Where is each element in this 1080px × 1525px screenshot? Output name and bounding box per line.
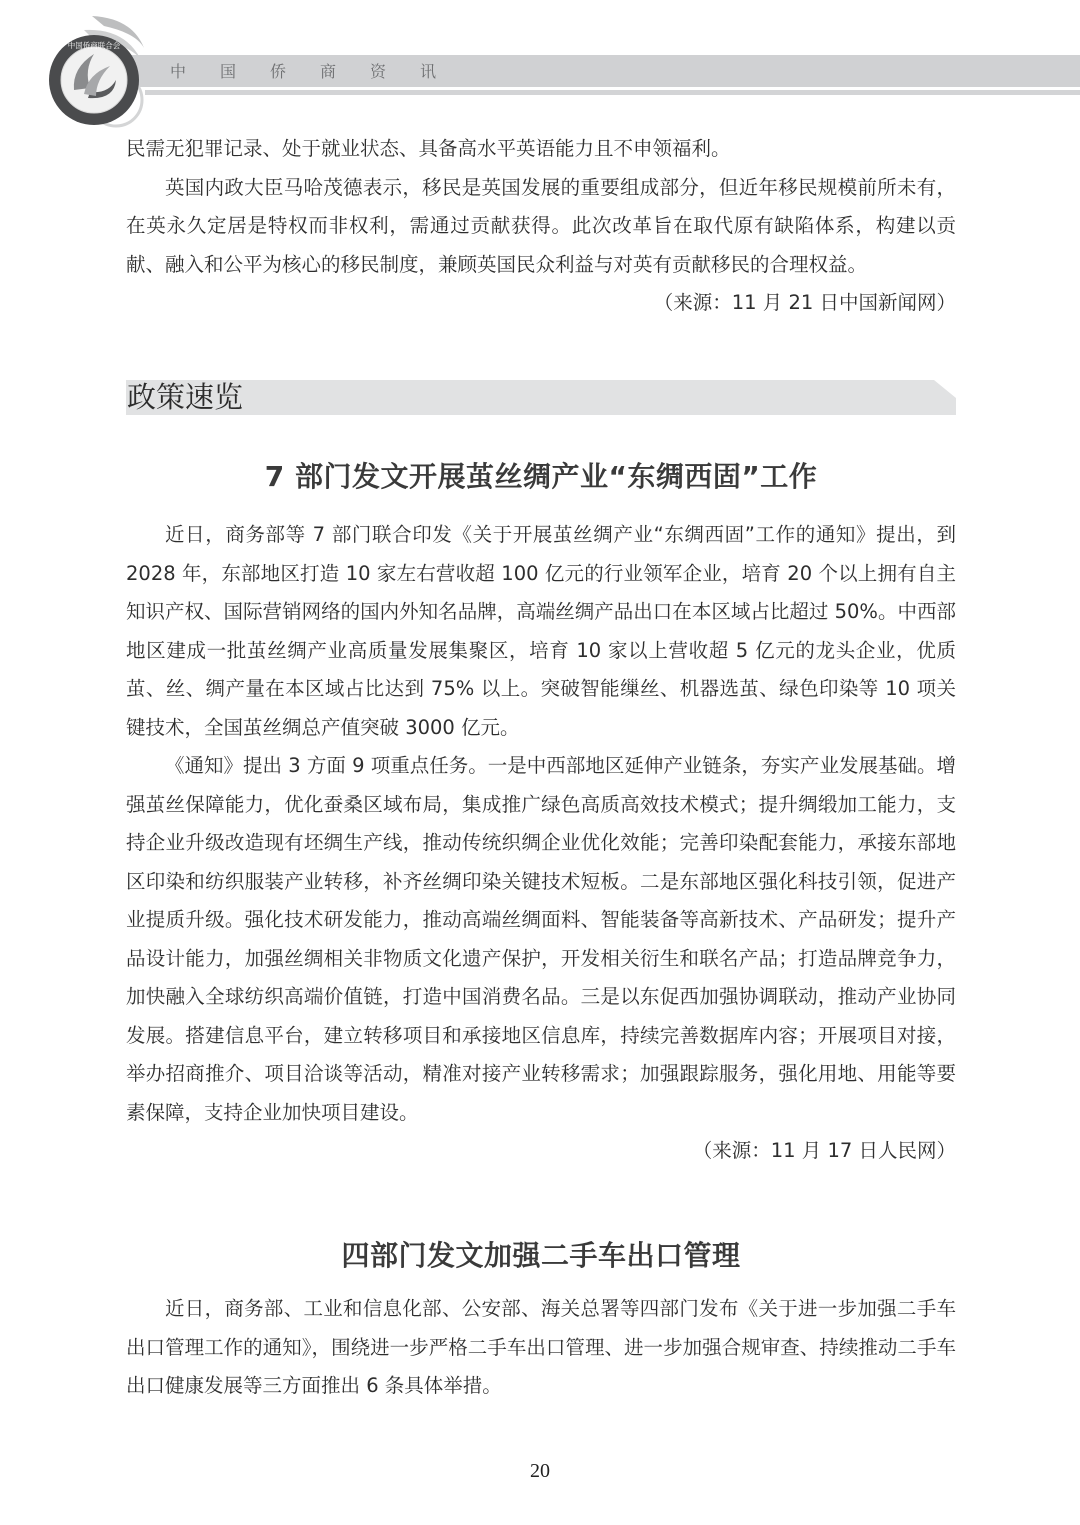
- publication-char: 国: [220, 58, 270, 86]
- paragraph: 《通知》提出 3 方面 9 项重点任务。一是中西部地区延伸产业链条，夯实产业发展…: [126, 747, 956, 1132]
- publication-char: 商: [320, 58, 370, 86]
- article-body: 近日，商务部、工业和信息化部、公安部、海关总署等四部门发布《关于进一步加强二手车…: [126, 1290, 956, 1406]
- paragraph: 近日，商务部等 7 部门联合印发《关于开展茧丝绸产业“东绸西固”工作的通知》提出…: [126, 516, 956, 747]
- publication-char: 侨: [270, 58, 320, 86]
- page-number: 20: [0, 1460, 1080, 1483]
- article-body: 近日，商务部等 7 部门联合印发《关于开展茧丝绸产业“东绸西固”工作的通知》提出…: [126, 516, 956, 1171]
- paragraph: 民需无犯罪记录、处于就业状态、具备高水平英语能力且不申领福利。: [126, 130, 956, 169]
- section-bar: [126, 380, 956, 415]
- publication-char: 中: [170, 58, 220, 86]
- article-headline: 四部门发文加强二手车出口管理: [126, 1234, 956, 1274]
- article-headline: 7 部门发文开展茧丝绸产业“东绸西固”工作: [126, 455, 956, 495]
- publication-char: 资: [370, 58, 420, 86]
- section-title: 政策速览: [127, 378, 243, 416]
- paragraph: 近日，商务部、工业和信息化部、公安部、海关总署等四部门发布《关于进一步加强二手车…: [126, 1290, 956, 1406]
- paragraph: 英国内政大臣马哈茂德表示，移民是英国发展的重要组成部分，但近年移民规模前所未有，…: [126, 169, 956, 285]
- svg-text:中国侨商联合会: 中国侨商联合会: [68, 40, 121, 50]
- continued-article: 民需无犯罪记录、处于就业状态、具备高水平英语能力且不申领福利。 英国内政大臣马哈…: [126, 130, 956, 323]
- source-citation: （来源：11 月 17 日人民网）: [126, 1132, 956, 1171]
- organization-logo-icon: 中国侨商联合会: [44, 8, 154, 128]
- header-stripe: [145, 90, 1080, 95]
- source-citation: （来源：11 月 21 日中国新闻网）: [126, 284, 956, 323]
- publication-title: 中 国 侨 商 资 讯: [170, 58, 470, 86]
- publication-char: 讯: [420, 58, 470, 86]
